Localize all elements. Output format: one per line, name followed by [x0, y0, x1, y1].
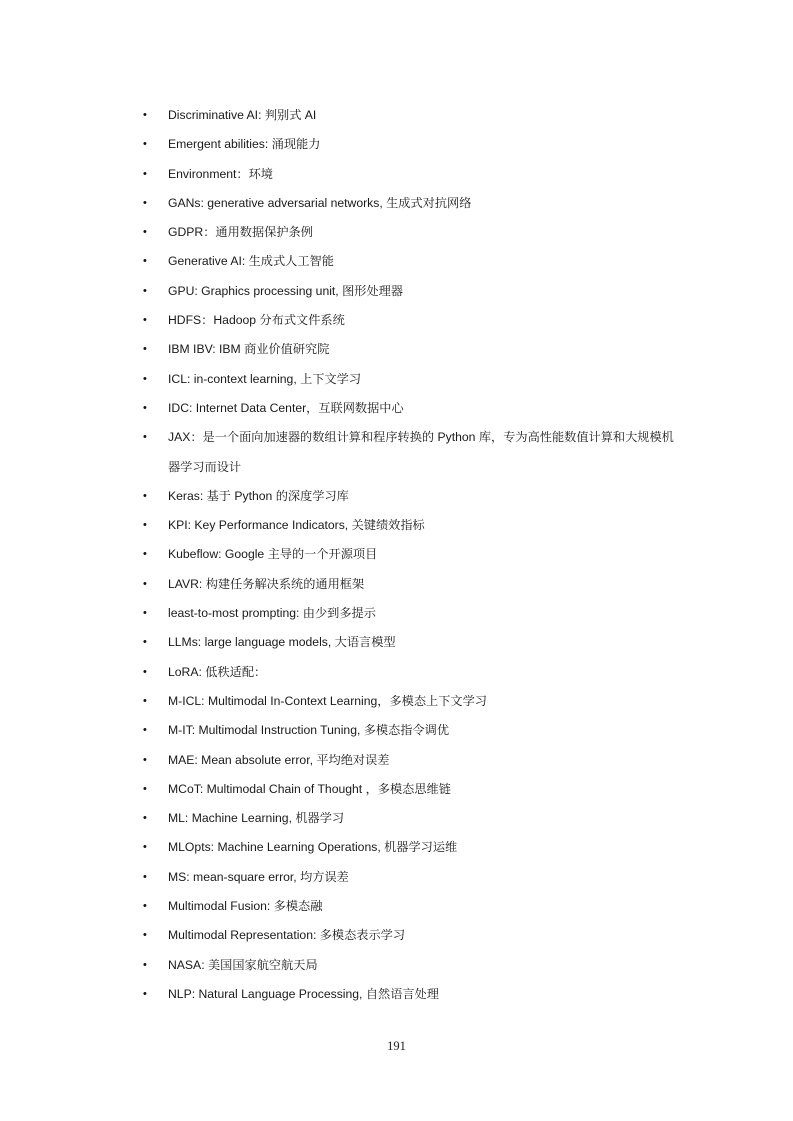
bullet-icon: • [143, 160, 147, 189]
glossary-item-environment: •Environment：环境 [140, 160, 700, 189]
glossary-item-icl: •ICL: in-context learning, 上下文学习 [140, 365, 700, 394]
glossary-item-multimodal-representation: •Multimodal Representation: 多模态表示学习 [140, 921, 700, 950]
glossary-item-least-to-most: •least-to-most prompting: 由少到多提示 [140, 599, 700, 628]
glossary-item-text: Keras: 基于 Python 的深度学习库 [168, 482, 700, 511]
glossary-item-mlopts: •MLOpts: Machine Learning Operations, 机器… [140, 833, 700, 862]
bullet-icon: • [143, 423, 147, 452]
glossary-item-text: Environment：环境 [168, 160, 700, 189]
glossary-item-text: NLP: Natural Language Processing, 自然语言处理 [168, 980, 700, 1009]
page-number: 191 [0, 1039, 793, 1054]
glossary-item-text: GANs: generative adversarial networks, 生… [168, 189, 700, 218]
glossary-item-lora: •LoRA: 低秩适配： [140, 658, 700, 687]
glossary-item-text: M-IT: Multimodal Instruction Tuning, 多模态… [168, 716, 700, 745]
bullet-icon: • [143, 277, 147, 306]
glossary-item-text: ML: Machine Learning, 机器学习 [168, 804, 700, 833]
glossary-item-text: LoRA: 低秩适配： [168, 658, 700, 687]
glossary-item-m-icl: •M-ICL: Multimodal In-Context Learning，多… [140, 687, 700, 716]
bullet-icon: • [143, 247, 147, 276]
glossary-item-text: KPI: Key Performance Indicators, 关键绩效指标 [168, 511, 700, 540]
bullet-icon: • [143, 218, 147, 247]
glossary-item-text: Generative AI: 生成式人工智能 [168, 247, 700, 276]
bullet-icon: • [143, 951, 147, 980]
glossary-item-text: GDPR：通用数据保护条例 [168, 218, 700, 247]
glossary-item-text: NASA: 美国国家航空航天局 [168, 951, 700, 980]
glossary-item-text: Discriminative AI: 判别式 AI [168, 101, 700, 130]
bullet-icon: • [143, 746, 147, 775]
glossary-item-text: MLOpts: Machine Learning Operations, 机器学… [168, 833, 700, 862]
glossary-item-text: LAVR: 构建任务解决系统的通用框架 [168, 570, 700, 599]
bullet-icon: • [143, 775, 147, 804]
glossary-item-text: M-ICL: Multimodal In-Context Learning，多模… [168, 687, 700, 716]
glossary-item-mae: •MAE: Mean absolute error, 平均绝对误差 [140, 746, 700, 775]
glossary-item-text: LLMs: large language models, 大语言模型 [168, 628, 700, 657]
glossary-item-gdpr: •GDPR：通用数据保护条例 [140, 218, 700, 247]
glossary-item-gpu: •GPU: Graphics processing unit, 图形处理器 [140, 277, 700, 306]
glossary-item-text: GPU: Graphics processing unit, 图形处理器 [168, 277, 700, 306]
bullet-icon: • [143, 833, 147, 862]
bullet-icon: • [143, 511, 147, 540]
glossary-list: •Discriminative AI: 判别式 AI •Emergent abi… [140, 101, 700, 1009]
glossary-item-kpi: •KPI: Key Performance Indicators, 关键绩效指标 [140, 511, 700, 540]
glossary-item-mcot: •MCoT: Multimodal Chain of Thought ，多模态思… [140, 775, 700, 804]
glossary-item-text: MCoT: Multimodal Chain of Thought ，多模态思维… [168, 775, 700, 804]
glossary-item-discriminative-ai: •Discriminative AI: 判别式 AI [140, 101, 700, 130]
glossary-item-nasa: •NASA: 美国国家航空航天局 [140, 951, 700, 980]
glossary-item-lavr: •LAVR: 构建任务解决系统的通用框架 [140, 570, 700, 599]
glossary-item-multimodal-fusion: •Multimodal Fusion: 多模态融 [140, 892, 700, 921]
bullet-icon: • [143, 804, 147, 833]
glossary-item-hdfs: •HDFS：Hadoop 分布式文件系统 [140, 306, 700, 335]
glossary-item-text: Kubeflow: Google 主导的一个开源项目 [168, 540, 700, 569]
glossary-item-text: Multimodal Fusion: 多模态融 [168, 892, 700, 921]
glossary-item-ibm-ibv: •IBM IBV: IBM 商业价值研究院 [140, 335, 700, 364]
glossary-item-jax: •JAX：是一个面向加速器的数组计算和程序转换的 Python 库，专为高性能数… [140, 423, 700, 482]
glossary-item-text: Emergent abilities: 涌现能力 [168, 130, 700, 159]
bullet-icon: • [143, 658, 147, 687]
bullet-icon: • [143, 101, 147, 130]
glossary-item-text: JAX：是一个面向加速器的数组计算和程序转换的 Python 库，专为高性能数值… [168, 423, 678, 482]
glossary-item-text: IDC: Internet Data Center，互联网数据中心 [168, 394, 700, 423]
glossary-item-ms: •MS: mean-square error, 均方误差 [140, 863, 700, 892]
glossary-item-kubeflow: •Kubeflow: Google 主导的一个开源项目 [140, 540, 700, 569]
bullet-icon: • [143, 394, 147, 423]
bullet-icon: • [143, 687, 147, 716]
bullet-icon: • [143, 921, 147, 950]
glossary-item-text: MS: mean-square error, 均方误差 [168, 863, 700, 892]
bullet-icon: • [143, 482, 147, 511]
bullet-icon: • [143, 599, 147, 628]
glossary-item-text: Multimodal Representation: 多模态表示学习 [168, 921, 700, 950]
glossary-item-text: HDFS：Hadoop 分布式文件系统 [168, 306, 700, 335]
bullet-icon: • [143, 863, 147, 892]
glossary-item-ml: •ML: Machine Learning, 机器学习 [140, 804, 700, 833]
bullet-icon: • [143, 570, 147, 599]
glossary-item-m-it: •M-IT: Multimodal Instruction Tuning, 多模… [140, 716, 700, 745]
bullet-icon: • [143, 980, 147, 1009]
bullet-icon: • [143, 365, 147, 394]
glossary-item-gans: •GANs: generative adversarial networks, … [140, 189, 700, 218]
glossary-item-idc: •IDC: Internet Data Center，互联网数据中心 [140, 394, 700, 423]
glossary-item-keras: •Keras: 基于 Python 的深度学习库 [140, 482, 700, 511]
bullet-icon: • [143, 130, 147, 159]
bullet-icon: • [143, 716, 147, 745]
glossary-item-llms: •LLMs: large language models, 大语言模型 [140, 628, 700, 657]
glossary-item-emergent-abilities: •Emergent abilities: 涌现能力 [140, 130, 700, 159]
bullet-icon: • [143, 892, 147, 921]
bullet-icon: • [143, 628, 147, 657]
bullet-icon: • [143, 306, 147, 335]
glossary-item-text: ICL: in-context learning, 上下文学习 [168, 365, 700, 394]
glossary-item-text: MAE: Mean absolute error, 平均绝对误差 [168, 746, 700, 775]
bullet-icon: • [143, 540, 147, 569]
bullet-icon: • [143, 335, 147, 364]
glossary-item-nlp: •NLP: Natural Language Processing, 自然语言处… [140, 980, 700, 1009]
glossary-item-text: IBM IBV: IBM 商业价值研究院 [168, 335, 700, 364]
glossary-item-text: least-to-most prompting: 由少到多提示 [168, 599, 700, 628]
bullet-icon: • [143, 189, 147, 218]
glossary-item-generative-ai: •Generative AI: 生成式人工智能 [140, 247, 700, 276]
